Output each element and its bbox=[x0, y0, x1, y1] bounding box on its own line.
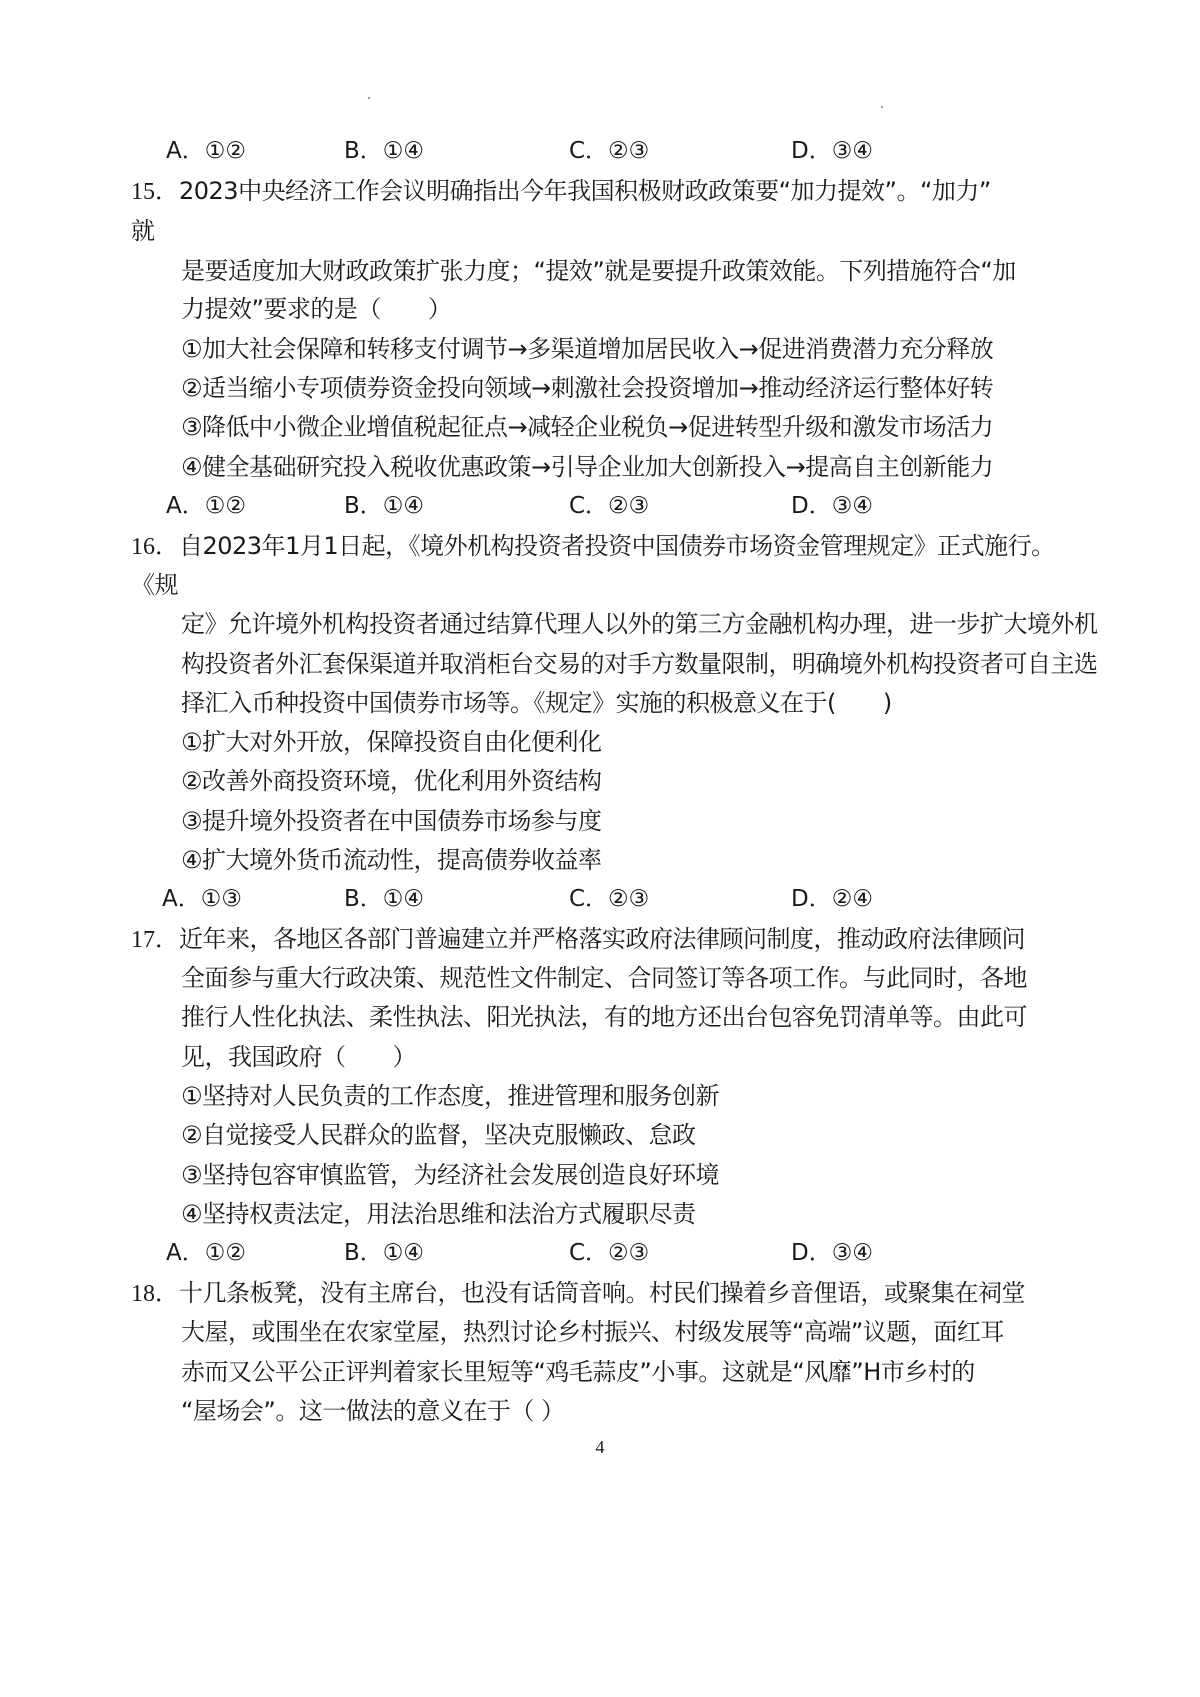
statement: ②自觉接受人民群众的监督，坚决克服懒政、怠政 bbox=[181, 1120, 696, 1150]
question-number: 17． bbox=[131, 927, 179, 953]
option-b: B．①④ bbox=[344, 491, 424, 521]
question-stem-line: 全面参与重大行政决策、规范性文件制定、合同签订等各项工作。与此同时，各地 bbox=[181, 963, 1027, 993]
option-b: B．①④ bbox=[344, 884, 424, 914]
statement: ①坚持对人民负责的工作态度，推进管理和服务创新 bbox=[181, 1081, 719, 1111]
question-stem-line: 是要适度加大财政政策扩张力度；“提效”就是要提升政策效能。下列措施符合“加 bbox=[181, 256, 1016, 286]
option-a: A．①② bbox=[166, 1238, 246, 1268]
option-c: C．②③ bbox=[569, 136, 649, 166]
option-d: D．③④ bbox=[791, 491, 873, 521]
question-stem-line: 《规 bbox=[131, 570, 178, 600]
statement: ②改善外商投资环境，优化利用外资结构 bbox=[181, 766, 602, 796]
option-a: A．①② bbox=[166, 136, 246, 166]
question-stem-line: 赤而又公平公正评判着家长里短等“鸡毛蒜皮”小事。这就是“风靡”H市乡村的 bbox=[181, 1357, 975, 1387]
option-b: B．①④ bbox=[344, 1238, 424, 1268]
question-stem-line: 构投资者外汇套保渠道并取消柜台交易的对手方数量限制，明确境外机构投资者可自主选 bbox=[181, 649, 1098, 679]
question-stem-line: 就 bbox=[131, 216, 155, 246]
option-d: D．②④ bbox=[791, 884, 873, 914]
question-stem-line: 大屋，或围坐在农家堂屋，热烈讨论乡村振兴、村级发展等“高端”议题，面红耳 bbox=[181, 1317, 1004, 1347]
question-stem-line: 17．近年来，各地区各部门普遍建立并严格落实政府法律顾问制度，推动政府法律顾问 bbox=[131, 924, 1025, 955]
scan-speck bbox=[881, 106, 883, 108]
question-stem-line: “屋场会”。这一做法的意义在于（ ） bbox=[181, 1396, 565, 1426]
statement: ①加大社会保障和转移支付调节→多渠道增加居民收入→促进消费潜力充分释放 bbox=[181, 334, 993, 364]
page-number: 4 bbox=[0, 1436, 1200, 1458]
q17-options: A．①② B．①④ C．②③ D．③④ bbox=[0, 1238, 1200, 1268]
statement: ③提升境外投资者在中国债券市场参与度 bbox=[181, 806, 602, 836]
option-c: C．②③ bbox=[569, 884, 649, 914]
statement: ③坚持包容审慎监管，为经济社会发展创造良好环境 bbox=[181, 1160, 719, 1190]
option-a: A．①③ bbox=[162, 884, 242, 914]
question-stem-line: 定》允许境外机构投资者通过结算代理人以外的第三方金融机构办理，进一步扩大境外机 bbox=[181, 609, 1098, 639]
statement: ④坚持权责法定，用法治思维和法治方式履职尽责 bbox=[181, 1199, 696, 1229]
statement: ②适当缩小专项债券资金投向领域→刺激社会投资增加→推动经济运行整体好转 bbox=[181, 373, 993, 403]
question-stem-line: 推行人性化执法、柔性执法、阳光执法，有的地方还出台包容免罚清单等。由此可 bbox=[181, 1002, 1027, 1032]
question-number: 16． bbox=[131, 534, 179, 560]
option-b: B．①④ bbox=[344, 136, 424, 166]
question-number: 18． bbox=[131, 1281, 179, 1307]
question-stem-line: 见，我国政府（ ） bbox=[181, 1042, 416, 1072]
question-stem-line: 择汇入币种投资中国债券市场等。《规定》实施的积极意义在于( ) bbox=[181, 688, 892, 718]
statement: ①扩大对外开放，保障投资自由化便利化 bbox=[181, 727, 602, 757]
question-stem-line: 15．2023中央经济工作会议明确指出今年我国积极财政政策要“加力提效”。“加力… bbox=[131, 176, 991, 207]
question-number: 15． bbox=[131, 179, 179, 205]
exam-page: A．①② B．①④ C．②③ D．③④ 15．2023中央经济工作会议明确指出今… bbox=[0, 0, 1200, 1697]
option-a: A．①② bbox=[166, 491, 246, 521]
option-d: D．③④ bbox=[791, 1238, 873, 1268]
question-stem-line: 16．自2023年1月1日起，《境外机构投资者投资中国债券市场资金管理规定》正式… bbox=[131, 531, 1055, 562]
option-c: C．②③ bbox=[569, 491, 649, 521]
q16-options: A．①③ B．①④ C．②③ D．②④ bbox=[0, 884, 1200, 914]
question-stem-line: 力提效”要求的是（ ） bbox=[181, 294, 451, 324]
statement: ④扩大境外货币流动性，提高债券收益率 bbox=[181, 845, 602, 875]
q15-options: A．①② B．①④ C．②③ D．③④ bbox=[0, 491, 1200, 521]
option-d: D．③④ bbox=[791, 136, 873, 166]
option-c: C．②③ bbox=[569, 1238, 649, 1268]
question-stem-line: 18．十几条板凳，没有主席台，也没有话筒音响。村民们操着乡音俚语，或聚集在祠堂 bbox=[131, 1278, 1025, 1309]
q14-options: A．①② B．①④ C．②③ D．③④ bbox=[0, 136, 1200, 166]
statement: ③降低中小微企业增值税起征点→减轻企业税负→促进转型升级和激发市场活力 bbox=[181, 412, 993, 442]
scan-speck bbox=[368, 97, 370, 99]
statement: ④健全基础研究投入税收优惠政策→引导企业加大创新投入→提高自主创新能力 bbox=[181, 452, 993, 482]
